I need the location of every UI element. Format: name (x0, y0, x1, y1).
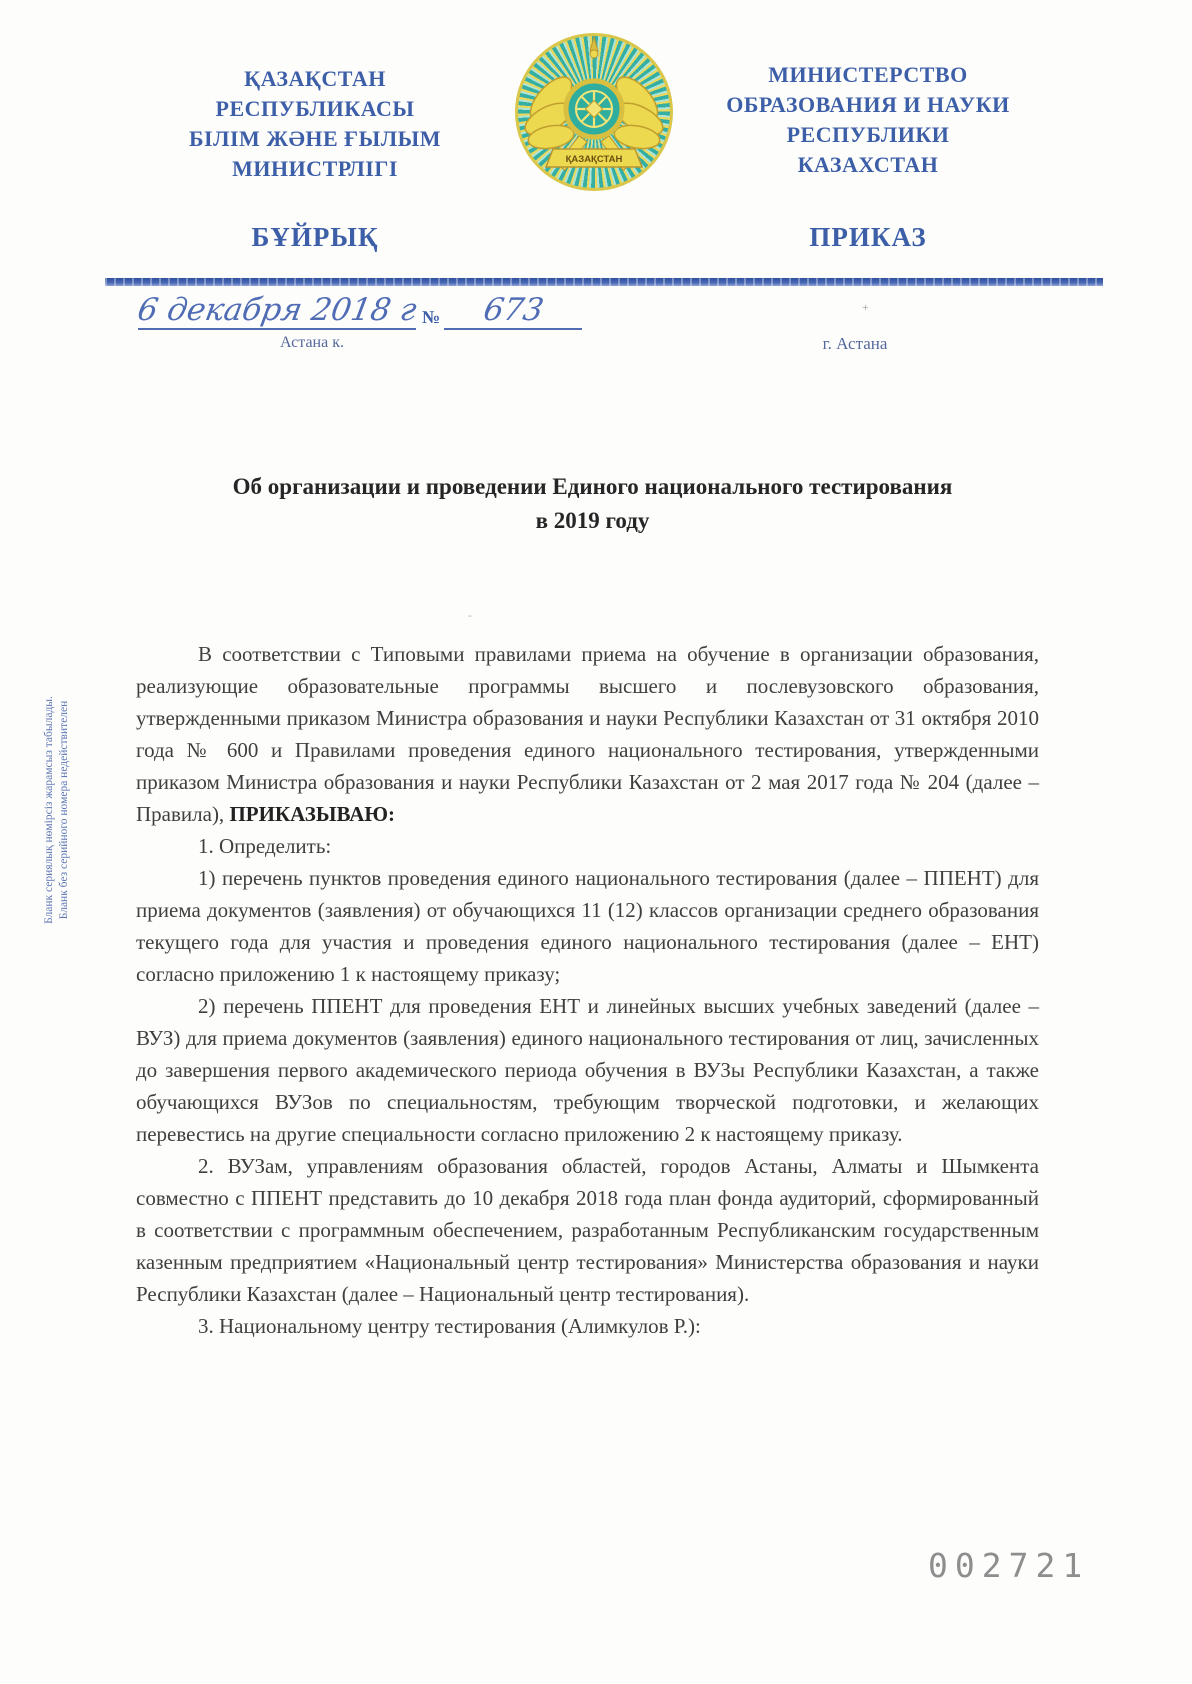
blank-serial-number: 002721 (928, 1546, 1089, 1585)
paragraph-text: 2) перечень ППЕНТ для проведения ЕНТ и л… (136, 994, 1039, 1146)
ministry-name-kazakh-line: МИНИСТРЛІГІ (150, 154, 480, 184)
ministry-name-russian-line: ОБРАЗОВАНИЯ И НАУКИ (672, 90, 1064, 120)
ministry-name-kazakh-line: БІЛІМ ЖӘНЕ ҒЫЛЫМ (150, 124, 480, 154)
order-title-line2: в 2019 году (140, 504, 1045, 538)
handwritten-date-field: 6 декабря 2018 г (138, 292, 416, 330)
ministry-name-russian: МИНИСТЕРСТВО ОБРАЗОВАНИЯ И НАУКИ РЕСПУБЛ… (672, 60, 1064, 180)
handwritten-number-field: 673 (444, 292, 582, 330)
number-sign: № (422, 307, 440, 328)
order-paragraph: 1. Определить: (136, 830, 1039, 862)
paragraph-text: 3. Национальному центру тестирования (Ал… (198, 1314, 701, 1338)
scan-artifact: - (468, 608, 472, 623)
ministry-name-russian-line: МИНИСТЕРСТВО (672, 60, 1064, 90)
ministry-name-russian-line: РЕСПУБЛИКИ (672, 120, 1064, 150)
order-title: Об организации и проведении Единого наци… (140, 470, 1045, 538)
doc-type-russian: ПРИКАЗ (672, 222, 1064, 253)
blank-serial-note: Бланк сериялық нөмірсіз жарамсыз табылад… (42, 620, 72, 1000)
order-body: В соответствии с Типовыми правилами прие… (136, 638, 1039, 1342)
paragraph-bold-text: ПРИКАЗЫВАЮ: (229, 802, 395, 826)
paragraph-text: В соответствии с Типовыми правилами прие… (136, 642, 1039, 826)
ministry-name-russian-line: КАЗАХСТАН (672, 150, 1064, 180)
paragraph-text: 1) перечень пунктов проведения единого н… (136, 866, 1039, 986)
order-paragraph: 2. ВУЗам, управлениям образования област… (136, 1150, 1039, 1310)
scan-artifact: + (862, 300, 869, 315)
order-paragraph: 3. Национальному центру тестирования (Ал… (136, 1310, 1039, 1342)
kazakhstan-coat-of-arms: ҚАЗАҚСТАН (515, 33, 673, 191)
ministry-name-kazakh: ҚАЗАҚСТАН РЕСПУБЛИКАСЫ БІЛІМ ЖӘНЕ ҒЫЛЫМ … (150, 64, 480, 184)
paragraph-text: 2. ВУЗам, управлениям образования област… (136, 1154, 1039, 1306)
emblem-caption: ҚАЗАҚСТАН (566, 154, 623, 165)
place-label-russian: г. Астана (790, 334, 920, 354)
emblem-overlay: ҚАЗАҚСТАН (515, 33, 673, 191)
header-divider-line (105, 278, 1103, 286)
order-paragraph: 2) перечень ППЕНТ для проведения ЕНТ и л… (136, 990, 1039, 1150)
blank-serial-note-kazakh: Бланк сериялық нөмірсіз жарамсыз табылад… (42, 620, 57, 1000)
place-label-kazakh: Астана к. (212, 334, 412, 352)
order-paragraph: В соответствии с Типовыми правилами прие… (136, 638, 1039, 830)
paragraph-text: 1. Определить: (198, 834, 331, 858)
ministry-name-kazakh-line: РЕСПУБЛИКАСЫ (150, 94, 480, 124)
handwritten-date: 6 декабря 2018 г (135, 292, 419, 328)
order-title-line1: Об организации и проведении Единого наци… (140, 470, 1045, 504)
scanned-order-document: Бланк сериялық нөмірсіз жарамсыз табылад… (0, 0, 1192, 1684)
order-paragraph: 1) перечень пунктов проведения единого н… (136, 862, 1039, 990)
handwritten-number: 673 (480, 292, 546, 328)
date-number-row: 6 декабря 2018 г № 673 (138, 292, 582, 330)
blank-serial-note-russian: Бланк без серийного номера недействителе… (57, 620, 72, 1000)
doc-type-kazakh: БҰЙРЫҚ (150, 222, 480, 253)
ministry-name-kazakh-line: ҚАЗАҚСТАН (150, 64, 480, 94)
